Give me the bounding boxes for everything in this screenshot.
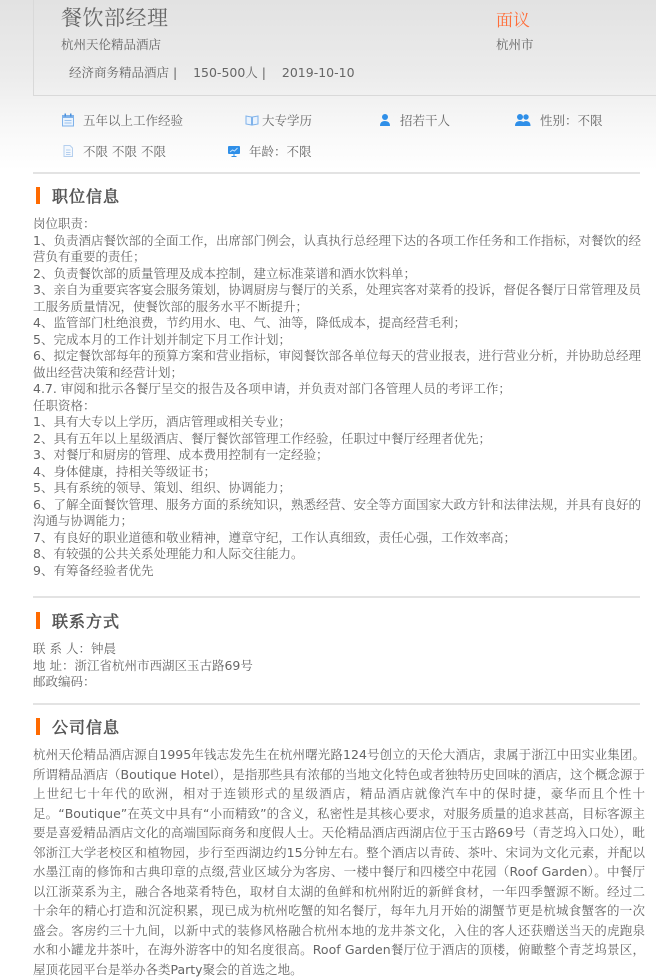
company-description: 杭州天伦精品酒店源自1995年钱志发先生在杭州曙光路124号创立的天伦大酒店，隶… xyxy=(33,745,645,979)
section-divider xyxy=(33,596,640,598)
job-description-line: 2、具有五年以上星级酒店、餐厅餐饮部管理工作经验，任职过中餐厅经理者优先； xyxy=(33,431,643,448)
salary: 面议 xyxy=(496,6,530,31)
requirement-label: 招若干人 xyxy=(400,111,450,129)
job-description: 岗位职责： 1、负责酒店餐饮部的全面工作，出席部门例会，认真执行总经理下达的各项… xyxy=(33,216,643,579)
person-icon xyxy=(378,113,392,127)
requirement-label: 年龄：不限 xyxy=(249,142,312,160)
company-name[interactable]: 杭州天伦精品酒店 xyxy=(61,35,161,53)
job-description-line: 9、有筹备经验者优先 xyxy=(33,563,643,580)
people-icon xyxy=(514,113,532,127)
section-accent-bar xyxy=(36,718,40,735)
section-title: 联系方式 xyxy=(52,609,120,632)
job-description-line: 8、有较强的公共关系处理能力和人际交往能力。 xyxy=(33,546,643,563)
job-description-line: 3、亲自为重要宾客宴会服务策划，协调厨房与餐厅的关系，处理宾客对菜肴的投诉，督促… xyxy=(33,282,643,315)
contact-postcode: 邮政编码： xyxy=(33,674,643,691)
requirement-experience: 五年以上工作经验 xyxy=(61,111,183,129)
section-header-job-info: 职位信息 xyxy=(36,184,120,207)
job-city: 杭州市 xyxy=(496,35,534,53)
section-title: 职位信息 xyxy=(52,184,120,207)
contact-address: 地 址：浙江省杭州市西湖区玉古路69号 xyxy=(33,658,643,675)
job-description-line: 5、完成本月的工作计划并制定下月工作计划； xyxy=(33,332,643,349)
job-description-line: 1、具有大专以上学历，酒店管理或相关专业； xyxy=(33,414,643,431)
job-title: 餐饮部经理 xyxy=(61,2,169,32)
job-description-line: 6、拟定餐饮部每年的预算方案和营业指标，审阅餐饮部各单位每天的营业报表，进行营业… xyxy=(33,348,643,381)
job-description-line: 2、负责餐饮部的质量管理及成本控制，建立标准菜谱和酒水饮料单； xyxy=(33,266,643,283)
job-description-line: 岗位职责： xyxy=(33,216,643,233)
job-description-line: 任职资格： xyxy=(33,398,643,415)
requirement-gender: 性别：不限 xyxy=(514,111,603,129)
job-description-line: 4、身体健康，持相关等级证书； xyxy=(33,464,643,481)
job-description-line: 4、监管部门杜绝浪费，节约用水、电、气、油等，降低成本，提高经营毛利； xyxy=(33,315,643,332)
section-header-contact: 联系方式 xyxy=(36,609,120,632)
requirement-education: 大专学历 xyxy=(245,111,312,129)
requirement-headcount: 招若干人 xyxy=(378,111,450,129)
requirement-label: 五年以上工作经验 xyxy=(83,111,183,129)
section-divider xyxy=(33,172,640,174)
job-description-line: 5、具有系统的领导、策划、组织、协调能力； xyxy=(33,480,643,497)
section-accent-bar xyxy=(36,612,40,629)
requirement-age: 年龄：不限 xyxy=(227,142,312,160)
requirement-label: 不限 不限 不限 xyxy=(83,142,166,160)
section-header-company: 公司信息 xyxy=(36,715,120,738)
job-description-line: 1、负责酒店餐饮部的全面工作，出席部门例会，认真执行总经理下达的各项工作任务和工… xyxy=(33,233,643,266)
book-icon xyxy=(245,113,259,127)
document-icon xyxy=(61,144,75,158)
job-description-line: 4.7. 审阅和批示各餐厅呈交的报告及各项申请，并负责对部门各管理人员的考评工作… xyxy=(33,381,643,398)
section-title: 公司信息 xyxy=(52,715,120,738)
job-description-line: 3、对餐厅和厨房的管理、成本费用控制有一定经验； xyxy=(33,447,643,464)
job-description-line: 6、了解全面餐饮管理、服务方面的系统知识，熟悉经营、安全等方面国家大政方针和法律… xyxy=(33,497,643,530)
requirement-label: 大专学历 xyxy=(262,111,312,129)
contact-person: 联 系 人：钟晨 xyxy=(33,641,643,658)
presentation-icon xyxy=(227,144,241,158)
company-meta: 经济商务精品酒店 | 150-500人 | 2019-10-10 xyxy=(69,63,355,81)
requirement-other: 不限 不限 不限 xyxy=(61,142,166,160)
calendar-icon xyxy=(61,113,75,127)
contact-info: 联 系 人：钟晨 地 址：浙江省杭州市西湖区玉古路69号 邮政编码： xyxy=(33,641,643,691)
requirement-label: 性别：不限 xyxy=(540,111,603,129)
section-accent-bar xyxy=(36,187,40,204)
job-description-line: 7、有良好的职业道德和敬业精神，遵章守纪，工作认真细致，责任心强，工作效率高； xyxy=(33,530,643,547)
section-divider xyxy=(33,703,640,705)
